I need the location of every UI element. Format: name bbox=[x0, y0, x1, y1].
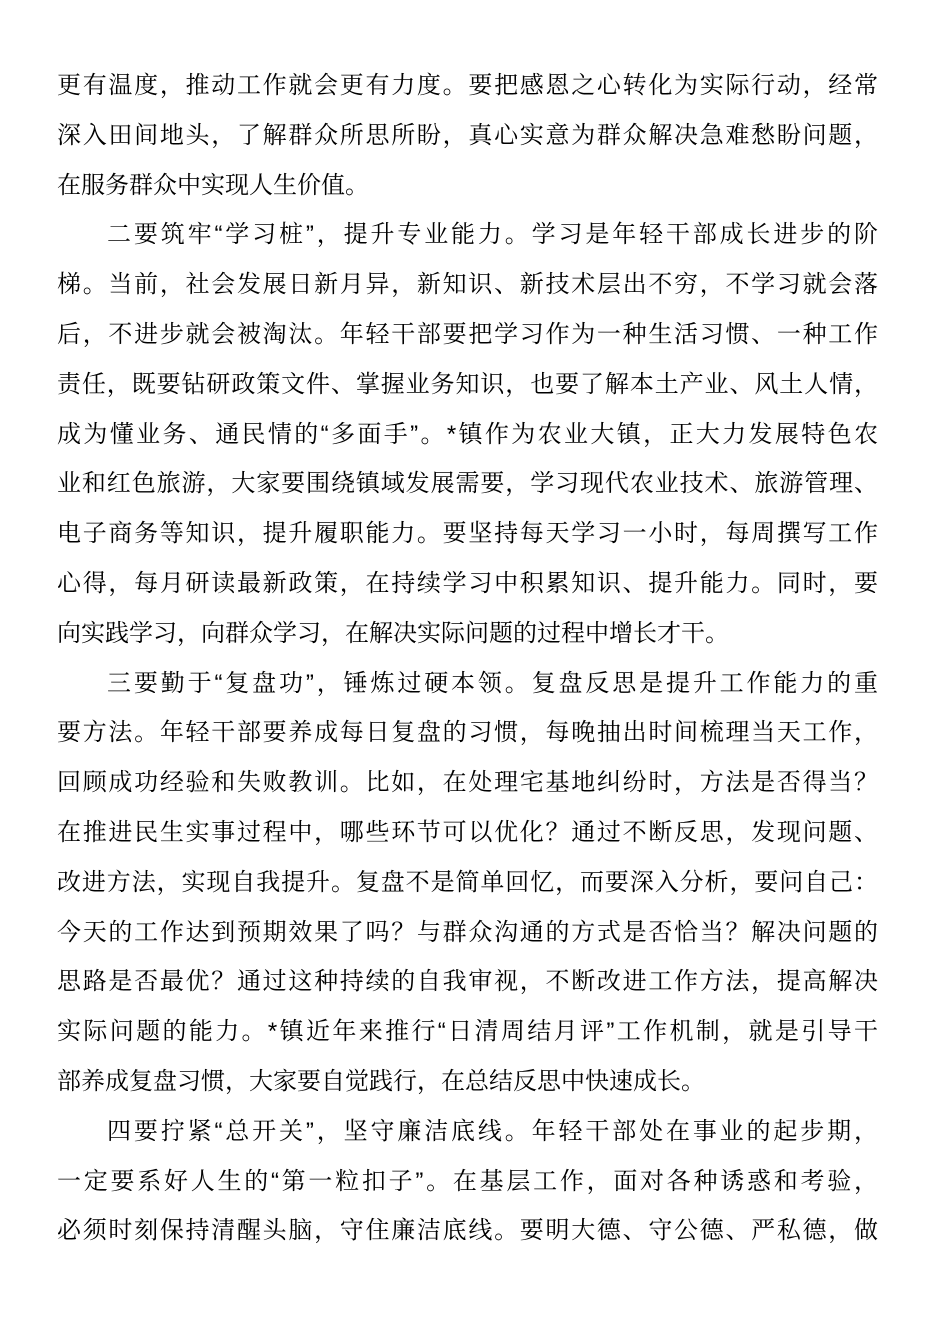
text-line: 向实践学习，向群众学习，在解决实际问题的过程中增长才干。 bbox=[57, 609, 878, 659]
document-page: 更有温度，推动工作就会更有力度。要把感恩之心转化为实际行动，经常深入田间地头，了… bbox=[0, 0, 950, 1344]
document-body: 更有温度，推动工作就会更有力度。要把感恩之心转化为实际行动，经常深入田间地头，了… bbox=[57, 61, 878, 1256]
paragraph-3: 三要勤于“复盘功”，锤炼过硬本领。复盘反思是提升工作能力的重要方法。年轻干部要养… bbox=[57, 659, 878, 1107]
text-line: 要方法。年轻干部要养成每日复盘的习惯，每晚抽出时间梳理当天工作， bbox=[57, 708, 878, 758]
text-line: 二要筑牢“学习桩”，提升专业能力。学习是年轻干部成长进步的阶 bbox=[57, 210, 878, 260]
text-line: 心得，每月研读最新政策，在持续学习中积累知识、提升能力。同时，要 bbox=[57, 559, 878, 609]
text-line: 思路是否最优？通过这种持续的自我审视，不断改进工作方法，提高解决 bbox=[57, 957, 878, 1007]
text-line: 一定要系好人生的“第一粒扣子”。在基层工作，面对各种诱惑和考验， bbox=[57, 1157, 878, 1207]
paragraph-2: 二要筑牢“学习桩”，提升专业能力。学习是年轻干部成长进步的阶梯。当前，社会发展日… bbox=[57, 210, 878, 658]
text-line: 成为懂业务、通民情的“多面手”。*镇作为农业大镇，正大力发展特色农 bbox=[57, 410, 878, 460]
text-line: 更有温度，推动工作就会更有力度。要把感恩之心转化为实际行动，经常 bbox=[57, 61, 878, 111]
text-line: 四要拧紧“总开关”，坚守廉洁底线。年轻干部处在事业的起步期， bbox=[57, 1107, 878, 1157]
text-line: 必须时刻保持清醒头脑，守住廉洁底线。要明大德、守公德、严私德，做 bbox=[57, 1206, 878, 1256]
text-line: 改进方法，实现自我提升。复盘不是简单回忆，而要深入分析，要问自己： bbox=[57, 858, 878, 908]
paragraph-4: 四要拧紧“总开关”，坚守廉洁底线。年轻干部处在事业的起步期，一定要系好人生的“第… bbox=[57, 1107, 878, 1256]
paragraph-1: 更有温度，推动工作就会更有力度。要把感恩之心转化为实际行动，经常深入田间地头，了… bbox=[57, 61, 878, 210]
text-line: 回顾成功经验和失败教训。比如，在处理宅基地纠纷时，方法是否得当？ bbox=[57, 758, 878, 808]
text-line: 后，不进步就会被淘汰。年轻干部要把学习作为一种生活习惯、一种工作 bbox=[57, 310, 878, 360]
text-line: 实际问题的能力。*镇近年来推行“日清周结月评”工作机制，就是引导干 bbox=[57, 1007, 878, 1057]
text-line: 电子商务等知识，提升履职能力。要坚持每天学习一小时，每周撰写工作 bbox=[57, 509, 878, 559]
text-line: 责任，既要钻研政策文件、掌握业务知识，也要了解本土产业、风土人情， bbox=[57, 360, 878, 410]
text-line: 部养成复盘习惯，大家要自觉践行，在总结反思中快速成长。 bbox=[57, 1057, 878, 1107]
text-line: 在推进民生实事过程中，哪些环节可以优化？通过不断反思，发现问题、 bbox=[57, 808, 878, 858]
text-line: 三要勤于“复盘功”，锤炼过硬本领。复盘反思是提升工作能力的重 bbox=[57, 659, 878, 709]
text-line: 深入田间地头，了解群众所思所盼，真心实意为群众解决急难愁盼问题， bbox=[57, 111, 878, 161]
text-line: 梯。当前，社会发展日新月异，新知识、新技术层出不穷，不学习就会落 bbox=[57, 260, 878, 310]
text-line: 在服务群众中实现人生价值。 bbox=[57, 161, 878, 211]
text-line: 业和红色旅游，大家要围绕镇域发展需要，学习现代农业技术、旅游管理、 bbox=[57, 459, 878, 509]
text-line: 今天的工作达到预期效果了吗？与群众沟通的方式是否恰当？解决问题的 bbox=[57, 908, 878, 958]
